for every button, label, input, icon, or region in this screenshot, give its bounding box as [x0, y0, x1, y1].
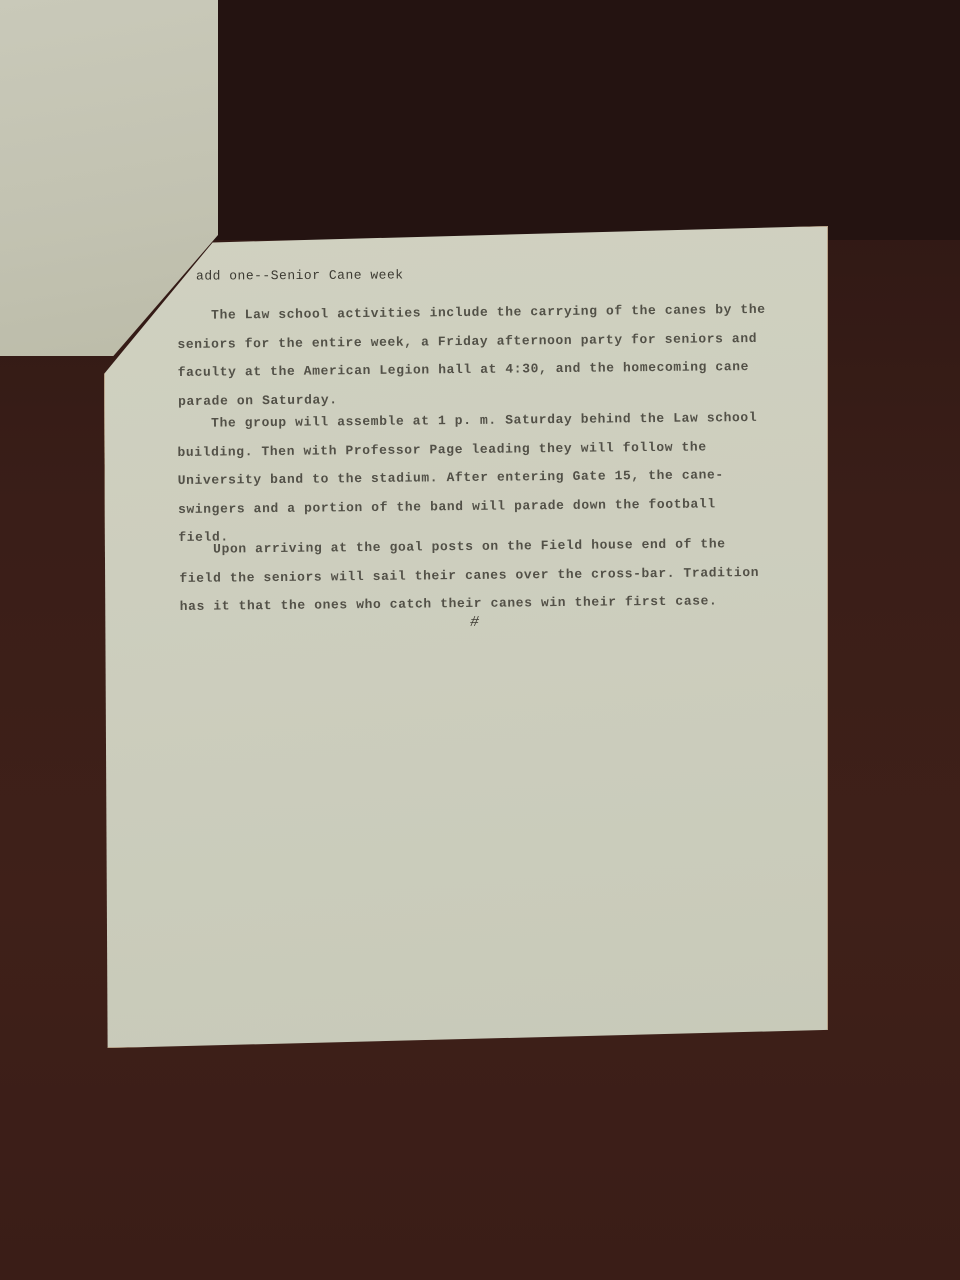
document-page: add one--Senior Cane week The Law school… [104, 226, 828, 1048]
document-slug: add one--Senior Cane week [196, 267, 404, 283]
paragraph-1: The Law school activities include the ca… [177, 296, 768, 416]
paragraph-3: Upon arriving at the goal posts on the F… [179, 530, 770, 622]
end-mark: # [470, 614, 479, 631]
